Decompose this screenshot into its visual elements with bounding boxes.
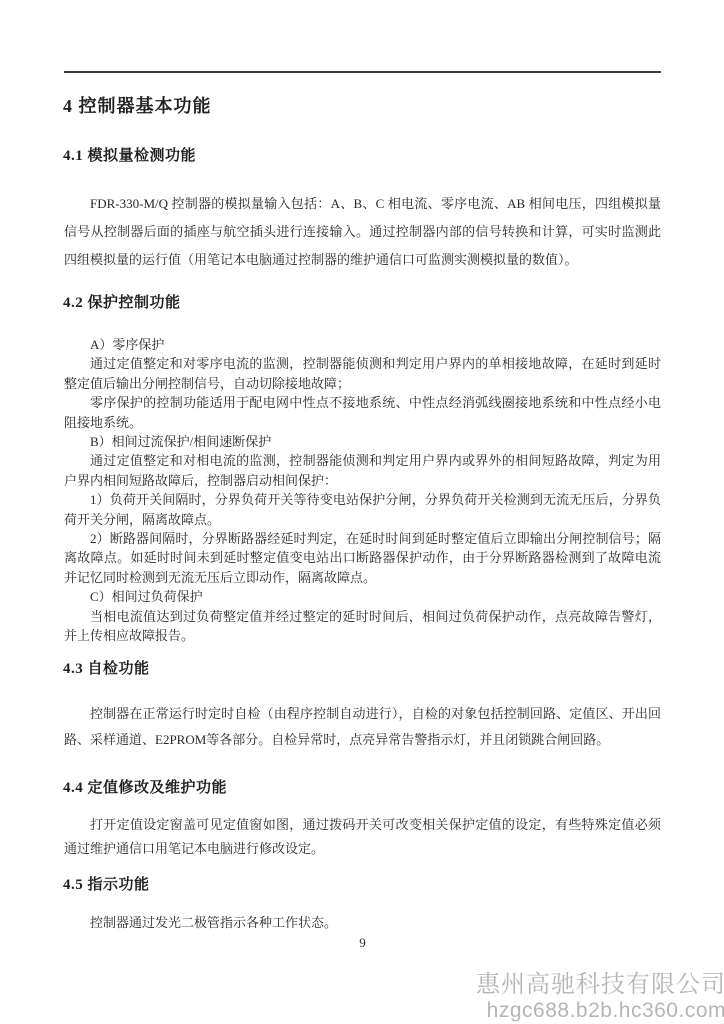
paragraph-item-2: 2）断路器间隔时，分界断路器经延时判定，在延时时间到延时整定值后立即输出分闸控制… (64, 529, 661, 587)
watermark: 惠州高驰科技有限公司 hzgc688.b2b.hc360.com (476, 971, 724, 1022)
paragraph-overload-label: C）相间过负荷保护 (64, 587, 661, 606)
paragraph-zero-seq-desc: 通过定值整定和对零序电流的监测，控制器能侦测和判定用户界内的单相接地故障，在延时… (64, 354, 661, 393)
page-number: 9 (64, 934, 661, 952)
section-4-1-paragraph: FDR-330-M/Q 控制器的模拟量输入包括：A、B、C 相电流、零序电流、A… (64, 190, 661, 274)
paragraph-item-1: 1）负荷开关间隔时，分界负荷开关等待变电站保护分闸，分界负荷开关检测到无流无压后… (64, 490, 661, 529)
header-rule (64, 71, 661, 73)
section-heading-4-2: 4.2 保护控制功能 (63, 291, 181, 312)
section-heading-4-1: 4.1 模拟量检测功能 (63, 144, 196, 165)
section-4-4-paragraph: 打开定值设定窗盖可见定值窗如图，通过拨码开关可改变相关保护定值的设定，有些特殊定… (64, 813, 661, 861)
section-heading-4-5: 4.5 指示功能 (63, 873, 150, 894)
watermark-url: hzgc688.b2b.hc360.com (476, 999, 724, 1022)
chapter-title: 4 控制器基本功能 (63, 92, 212, 118)
watermark-company-name: 惠州高驰科技有限公司 (476, 971, 724, 999)
section-4-2-body: A）零序保护 通过定值整定和对零序电流的监测，控制器能侦测和判定用户界内的单相接… (64, 335, 661, 646)
section-heading-4-3: 4.3 自检功能 (63, 657, 150, 678)
paragraph-overload-desc: 当相电流值达到过负荷整定值并经过整定的延时时间后，相间过负荷保护动作，点亮故障告… (64, 607, 661, 646)
paragraph-overcurrent-desc: 通过定值整定和对相电流的监测，控制器能侦测和判定用户界内或界外的相间短路故障，判… (64, 451, 661, 490)
section-4-3-paragraph: 控制器在正常运行时定时自检（由程序控制自动进行），自检的对象包括控制回路、定值区… (64, 701, 661, 753)
document-page: 4 控制器基本功能 4.1 模拟量检测功能 FDR-330-M/Q 控制器的模拟… (0, 0, 724, 1024)
section-4-5-paragraph: 控制器通过发光二极管指示各种工作状态。 (64, 914, 661, 932)
paragraph-zero-seq-label: A）零序保护 (64, 335, 661, 354)
paragraph-zero-seq-scope: 零序保护的控制功能适用于配电网中性点不接地系统、中性点经消弧线圈接地系统和中性点… (64, 393, 661, 432)
paragraph-overcurrent-label: B）相间过流保护/相间速断保护 (64, 432, 661, 451)
section-heading-4-4: 4.4 定值修改及维护功能 (63, 776, 227, 797)
